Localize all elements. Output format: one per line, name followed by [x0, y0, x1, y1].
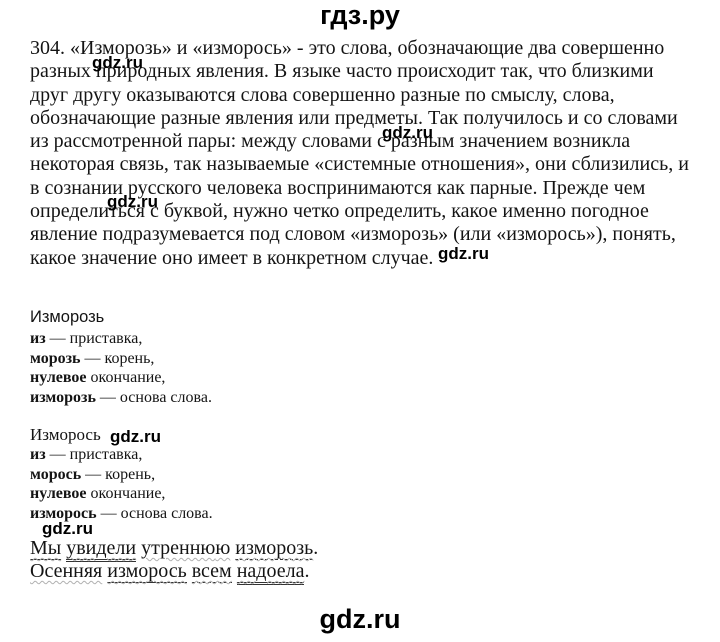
morpheme-row: из — приставка,	[30, 329, 212, 349]
sentence-end: .	[313, 537, 318, 559]
parsed-sentences: Мы увидели утреннюю изморозь. Осенняя из…	[30, 537, 318, 583]
sentence-word-subject: изморось	[107, 560, 186, 583]
morpheme-list: из — приставка, морось — корень, нулевое…	[30, 445, 213, 523]
morpheme-desc: — приставка,	[46, 446, 143, 463]
sentence: Мы увидели утреннюю изморозь.	[30, 537, 318, 560]
sentence-word-predicate: надоела	[237, 560, 305, 585]
morpheme-desc: окончание,	[87, 485, 166, 502]
morpheme-row: нулевое окончание,	[30, 368, 212, 388]
morpheme-row: морось — корень,	[30, 465, 213, 485]
sentence-word-attribute: Осенняя	[30, 560, 102, 583]
text-line: из рассмотренной пары: между словами с р…	[30, 130, 710, 153]
site-logo-footer[interactable]: gdz.ru	[0, 603, 720, 635]
morpheme-row: изморозь — основа слова.	[30, 388, 212, 408]
watermark: gdz.ru	[382, 124, 433, 142]
watermark: gdz.ru	[92, 54, 143, 72]
morpheme-desc: — основа слова.	[97, 505, 213, 522]
morpheme-part: нулевое	[30, 369, 87, 386]
morpheme-desc: — приставка,	[46, 330, 143, 347]
morpheme-desc: окончание,	[87, 369, 166, 386]
morpheme-row: нулевое окончание,	[30, 484, 213, 504]
watermark: gdz.ru	[110, 428, 161, 446]
sentence-word-object: всем	[192, 560, 232, 583]
morpheme-desc: — корень,	[80, 350, 154, 367]
morpheme-word-title: Изморозь	[30, 307, 104, 327]
morpheme-part: морось	[30, 466, 81, 483]
sentence-word-subject: Мы	[30, 537, 61, 560]
sentence: Осенняя изморось всем надоела.	[30, 560, 318, 583]
morpheme-part: изморозь	[30, 389, 96, 406]
site-logo-header[interactable]: гдз.ру	[0, 0, 720, 30]
sentence-word-attribute: утреннюю	[141, 537, 230, 560]
text-line: явление подразумевается под словом «измо…	[30, 223, 710, 246]
watermark: gdz.ru	[107, 193, 158, 211]
sentence-end: .	[304, 560, 309, 582]
watermark: gdz.ru	[42, 520, 93, 538]
morpheme-list: из — приставка, морозь — корень, нулевое…	[30, 329, 212, 407]
sentence-word-object: изморозь	[235, 537, 313, 560]
text-line: какое значение оно имеет в конкретном сл…	[30, 247, 710, 270]
morpheme-part: нулевое	[30, 485, 87, 502]
text-line: некоторая связь, так называемые «системн…	[30, 153, 710, 176]
morpheme-desc: — корень,	[81, 466, 155, 483]
text-line: обозначающие разные явления или предметы…	[30, 107, 710, 130]
sentence-word-predicate: увидели	[66, 537, 136, 562]
morpheme-desc: — основа слова.	[96, 389, 212, 406]
text-line: друг другу оказываются слова совершенно …	[30, 84, 710, 107]
morpheme-part: морозь	[30, 350, 80, 367]
watermark: gdz.ru	[438, 245, 489, 263]
morpheme-part: из	[30, 446, 46, 463]
morpheme-word-title: Изморось	[30, 425, 101, 445]
morpheme-part: из	[30, 330, 46, 347]
morpheme-row: морозь — корень,	[30, 349, 212, 369]
morpheme-row: из — приставка,	[30, 445, 213, 465]
